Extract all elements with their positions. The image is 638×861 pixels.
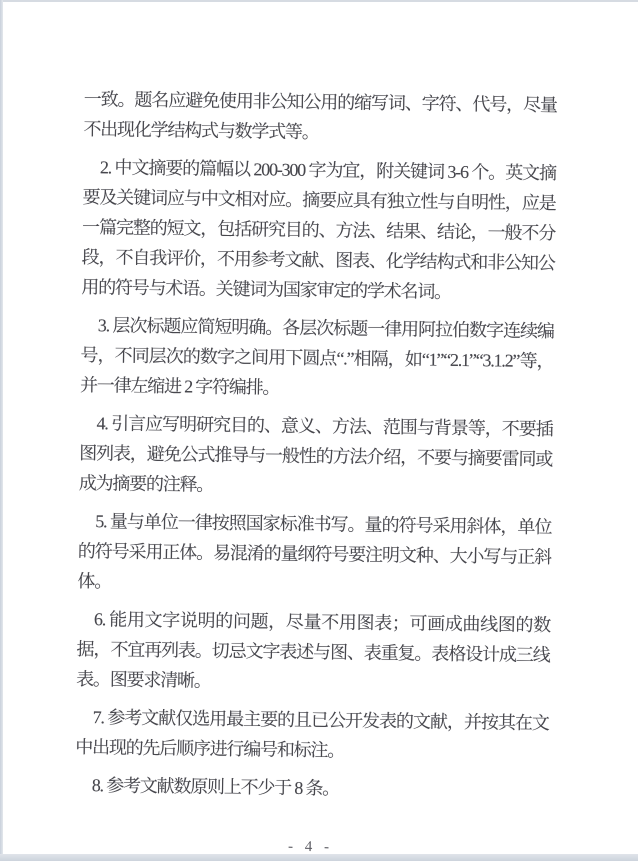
paragraph-continuation: 一致。题名应避免使用非公知公用的缩写词、字符、代号，尽量不出现化学结构式与数学式… — [83, 84, 557, 150]
scan-edge-top — [0, 0, 638, 2]
document-body: 一致。题名应避免使用非公知公用的缩写词、字符、代号，尽量不出现化学结构式与数学式… — [75, 84, 557, 806]
paragraph-item-6: 6. 能用文字说明的问题，尽量不用图表；可画成曲线图的数据，不宜再列表。切忌文字… — [76, 604, 550, 700]
scan-edge-left — [0, 0, 3, 856]
paragraph-item-3: 3. 层次标题应简短明确。各层次标题一律用阿拉伯数字连续编号，不同层次的数字之间… — [80, 310, 554, 406]
paragraph-item-5: 5. 量与单位一律按照国家标准书写。量的符号采用斜体，单位的符号采用正体。易混淆… — [77, 506, 551, 602]
paragraph-item-2: 2. 中文摘要的篇幅以 200-300 字为宜，附关键词 3-6 个。英文摘要及… — [81, 152, 556, 308]
paragraph-item-4: 4. 引言应写明研究目的、意义、方法、范围与背景等，不要插图列表，避免公式推导与… — [79, 408, 553, 504]
paragraph-item-7: 7. 参考文献仅选用最主要的且已公开发表的文献，并按其在文中出现的先后顺序进行编… — [75, 702, 549, 768]
scanned-document-page: 一致。题名应避免使用非公知公用的缩写词、字符、代号，尽量不出现化学结构式与数学式… — [0, 0, 638, 861]
paragraph-item-8: 8. 参考文献数原则上不少于 8 条。 — [75, 770, 548, 806]
